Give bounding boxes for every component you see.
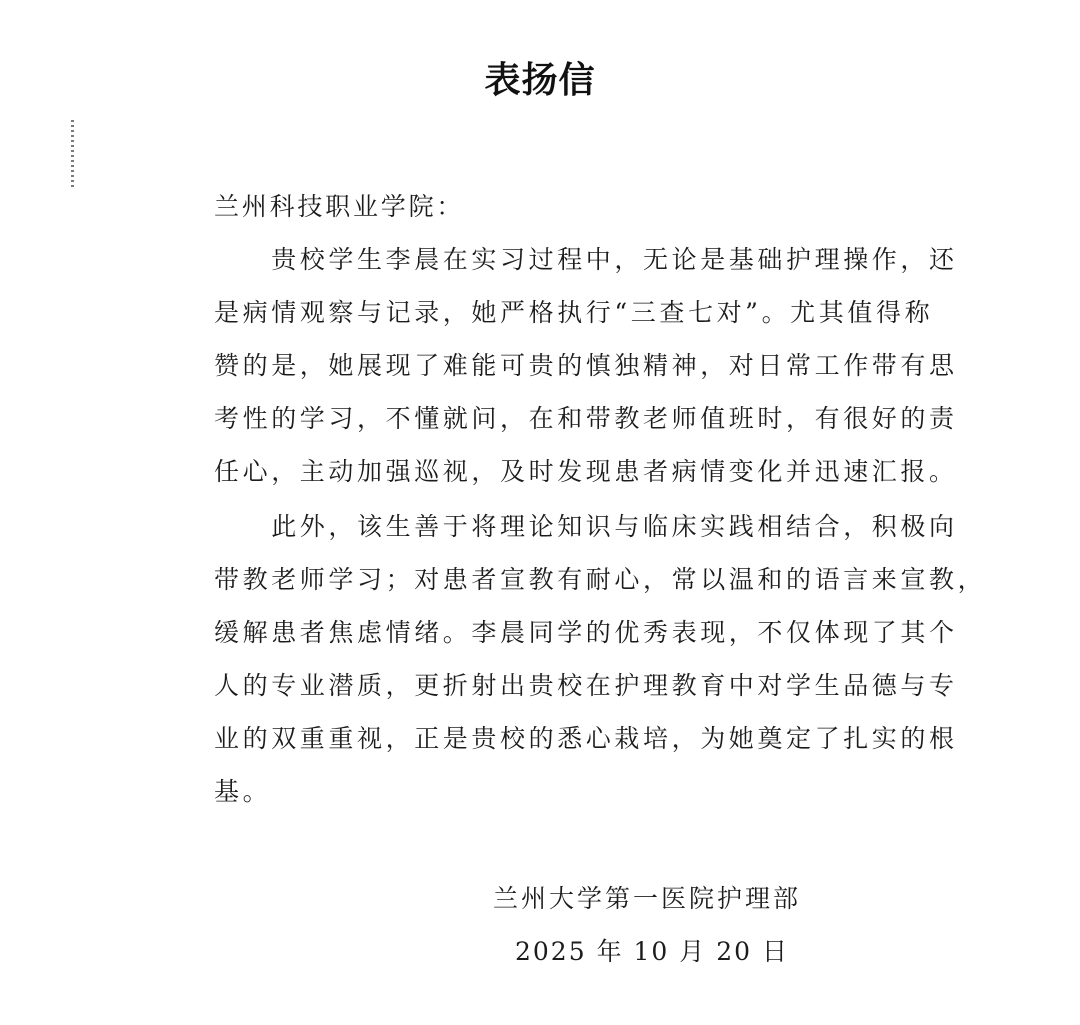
letter-title: 表扬信 <box>0 52 1080 103</box>
text-line: 基。 <box>214 777 271 807</box>
signature-date: 2025 年 10 月 20 日 <box>515 937 789 967</box>
text-line: 带教老师学习；对患者宣教有耐心，常以温和的语言来宣教， <box>214 565 986 595</box>
text-line: 任心，主动加强巡视，及时发现患者病情变化并迅速汇报。 <box>214 457 958 487</box>
text-line: 考性的学习，不懂就问，在和带教老师值班时，有很好的责 <box>214 404 958 434</box>
signature-organization: 兰州大学第一医院护理部 <box>493 884 801 914</box>
binding-hole-marks <box>71 120 74 188</box>
text-line: 人的专业潜质，更折射出贵校在护理教育中对学生品德与专 <box>214 671 958 701</box>
text-line: 贵校学生李晨在实习过程中，无论是基础护理操作，还 <box>214 245 958 275</box>
salutation: 兰州科技职业学院： <box>214 192 464 222</box>
text-line: 此外，该生善于将理论知识与临床实践相结合，积极向 <box>214 512 958 542</box>
text-line: 是病情观察与记录，她严格执行“三查七对”。尤其值得称 <box>214 298 933 328</box>
text-line: 缓解患者焦虑情绪。李晨同学的优秀表现，不仅体现了其个 <box>214 618 958 648</box>
text-line: 业的双重重视，正是贵校的悉心栽培，为她奠定了扎实的根 <box>214 724 958 754</box>
text-line: 赞的是，她展现了难能可贵的慎独精神，对日常工作带有思 <box>214 351 958 381</box>
